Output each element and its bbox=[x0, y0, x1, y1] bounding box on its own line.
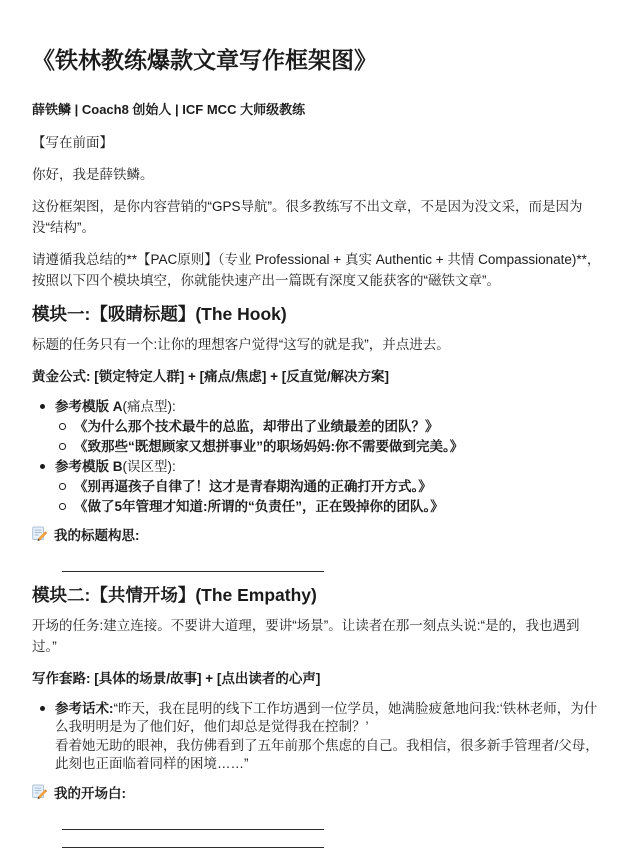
module1-task: 标题的任务只有一个:让你的理想客户觉得“这写的就是我”，并点进去。 bbox=[32, 334, 602, 355]
list-item-example-title: 《致那些“既想顾家又想拼事业”的职场妈妈:你不需要做到完美。》 bbox=[32, 438, 602, 456]
fill-in-line-opening-1[interactable] bbox=[62, 829, 324, 830]
document-page: 《铁林教练爆款文章写作框架图》 薛铁鳞 | Coach8 创始人 | ICF M… bbox=[0, 0, 632, 868]
list-item-example-title: 《别再逼孩子自律了！这才是青春期沟通的正确打开方式。》 bbox=[32, 478, 602, 496]
module2-heading: 模块二:【共情开场】(The Empathy) bbox=[32, 584, 602, 607]
module1-template-list: 参考模版 A(痛点型): 《为什么那个技术最牛的总监，却带出了业绩最差的团队？》… bbox=[32, 398, 602, 516]
fill-in-line-title[interactable] bbox=[62, 571, 324, 572]
doc-title: 《铁林教练爆款文章写作框架图》 bbox=[32, 46, 602, 76]
module1-formula: 黄金公式: [锁定特定人群] + [痛点/焦虑] + [反直觉/解决方案] bbox=[32, 366, 602, 387]
preface-label: 【写在前面】 bbox=[32, 132, 602, 153]
opening-line-label: 我的开场白: bbox=[54, 785, 126, 803]
list-item-script-example: 参考话术:“昨天，我在昆明的线下工作坊遇到一位学员，她满脸疲惫地问我:‘铁林老师… bbox=[32, 700, 602, 774]
opening-line-prompt: 我的开场白: bbox=[32, 784, 602, 804]
module2-script-list: 参考话术:“昨天，我在昆明的线下工作坊遇到一位学员，她满脸疲惫地问我:‘铁林老师… bbox=[32, 700, 602, 774]
list-item-example-title: 《做了5年管理才知道:所谓的“负责任”，正在毁掉你的团队。》 bbox=[32, 498, 602, 516]
intro-paragraph-2: 请遵循我总结的**【PAC原则】（专业 Professional + 真实 Au… bbox=[32, 249, 602, 291]
memo-pencil-icon bbox=[32, 526, 47, 546]
template-a-label: 参考模版 A bbox=[55, 399, 123, 414]
script-label: 参考话术: bbox=[55, 701, 114, 716]
script-quote-part2: 看着她无助的眼神，我仿佛看到了五年前那个焦虑的自己。我相信，很多新手管理者/父母… bbox=[55, 738, 599, 772]
template-b-type: (误区型): bbox=[123, 459, 176, 474]
list-item-template-b: 参考模版 B(误区型): bbox=[32, 458, 602, 476]
title-idea-label: 我的标题构思: bbox=[54, 527, 140, 545]
intro-paragraph-1: 这份框架图，是你内容营销的“GPS导航”。很多教练写不出文章，不是因为没文采，而… bbox=[32, 196, 602, 238]
byline: 薛铁鳞 | Coach8 创始人 | ICF MCC 大师级教练 bbox=[32, 100, 602, 120]
template-b-label: 参考模版 B bbox=[55, 459, 123, 474]
fill-in-line-opening-2[interactable] bbox=[62, 847, 324, 848]
template-a-type: (痛点型): bbox=[123, 399, 176, 414]
module1-heading: 模块一:【吸睛标题】(The Hook) bbox=[32, 303, 602, 326]
list-item-example-title: 《为什么那个技术最牛的总监，却带出了业绩最差的团队？》 bbox=[32, 418, 602, 436]
module2-formula: 写作套路: [具体的场景/故事] + [点出读者的心声] bbox=[32, 668, 602, 689]
list-item-template-a: 参考模版 A(痛点型): bbox=[32, 398, 602, 416]
module2-task: 开场的任务:建立连接。不要讲大道理，要讲“场景”。让读者在那一刻点头说:“是的，… bbox=[32, 615, 602, 657]
script-quote-part1: “昨天，我在昆明的线下工作坊遇到一位学员，她满脸疲惫地问我:‘铁林老师，为什么我… bbox=[55, 701, 597, 735]
memo-pencil-icon bbox=[32, 784, 47, 804]
title-idea-prompt: 我的标题构思: bbox=[32, 526, 602, 546]
greeting-line: 你好，我是薛铁鳞。 bbox=[32, 164, 602, 185]
